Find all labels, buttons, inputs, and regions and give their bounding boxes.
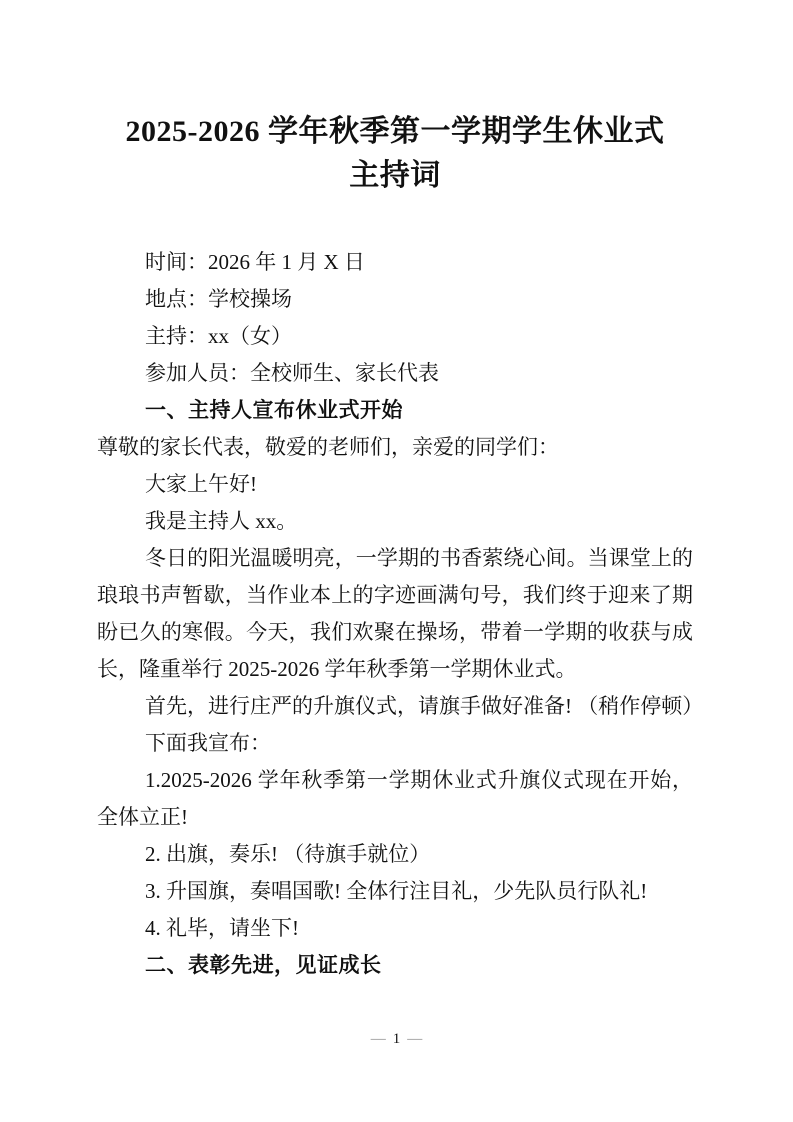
paragraph: 参加人员：全校师生、家长代表	[97, 355, 693, 392]
paragraph: 下面我宣布：	[97, 725, 693, 762]
footer-dash-left: —	[371, 1031, 386, 1047]
document-title: 2025-2026 学年秋季第一学期学生休业式主持词	[97, 110, 693, 198]
paragraph: 大家上午好!	[97, 466, 693, 503]
paragraph: 首先，进行庄严的升旗仪式，请旗手做好准备! （稍作停顿）	[97, 688, 693, 725]
footer-dash-right: —	[407, 1031, 422, 1047]
paragraph: 冬日的阳光温暖明亮，一学期的书香萦绕心间。当课堂上的琅琅书声暂歇，当作业本上的字…	[97, 540, 693, 688]
page-number: 1	[393, 1031, 401, 1047]
paragraph: 尊敬的家长代表，敬爱的老师们，亲爱的同学们：	[97, 429, 693, 466]
paragraph: 2. 出旗，奏乐! （待旗手就位）	[97, 836, 693, 873]
section-heading: 一、主持人宣布休业式开始	[97, 392, 693, 429]
document-body: 时间：2026 年 1 月 X 日地点：学校操场主持：xx（女）参加人员：全校师…	[97, 244, 693, 984]
title-line: 2025-2026 学年秋季第一学期学生休业式	[97, 110, 693, 154]
page-footer: —1—	[0, 1028, 793, 1050]
paragraph: 4. 礼毕，请坐下!	[97, 910, 693, 947]
paragraph: 主持：xx（女）	[97, 318, 693, 355]
paragraph: 地点：学校操场	[97, 281, 693, 318]
title-line: 主持词	[97, 154, 693, 198]
paragraph: 时间：2026 年 1 月 X 日	[97, 244, 693, 281]
paragraph: 1.2025-2026 学年秋季第一学期休业式升旗仪式现在开始，全体立正!	[97, 762, 693, 836]
paragraph: 我是主持人 xx。	[97, 503, 693, 540]
paragraph: 3. 升国旗，奏唱国歌! 全体行注目礼，少先队员行队礼!	[97, 873, 693, 910]
section-heading: 二、表彰先进，见证成长	[97, 947, 693, 984]
document-page: 2025-2026 学年秋季第一学期学生休业式主持词 时间：2026 年 1 月…	[0, 0, 793, 1122]
